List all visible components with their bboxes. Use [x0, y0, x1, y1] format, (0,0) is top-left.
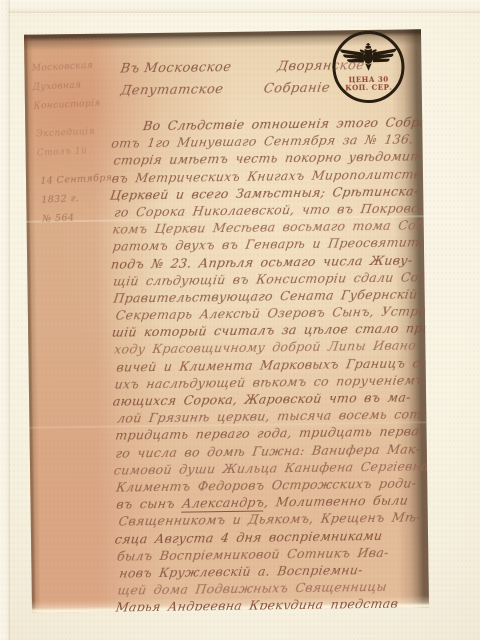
heading-text: Собраніе	[262, 81, 330, 97]
picture-frame-left-edge	[0, 0, 10, 640]
handwritten-line: Марья Андреевна Крекудина представ	[115, 594, 429, 612]
heading-text: Въ Московское	[119, 60, 232, 77]
margin-note-line: Консисторія	[33, 95, 101, 117]
revenue-stamp: ЦЕНА 30 КОП. СЕР.	[332, 30, 405, 103]
body-text: Во Слѣдствіе отношенія этого Собраніяотъ…	[25, 113, 429, 612]
document-heading-line2: Депутатское Собраніе	[121, 81, 330, 99]
margin-note-line: Московская	[31, 57, 99, 79]
picture-frame-top-edge	[0, 0, 480, 13]
document-heading-line1: Въ Московское Дворянское	[120, 58, 364, 76]
margin-note-office: Московская Духовная Консисторія	[31, 57, 101, 117]
heading-text: Депутатское	[120, 82, 225, 98]
double-headed-eagle-icon	[338, 43, 398, 75]
document-paper: Московская Духовная Консисторія Экспедиц…	[24, 29, 429, 612]
stamp-price-line2: КОП. СЕР.	[336, 84, 402, 93]
framed-document-photo: Московская Духовная Консисторія Экспедиц…	[0, 0, 480, 640]
underlined-name: Александръ	[181, 495, 266, 513]
